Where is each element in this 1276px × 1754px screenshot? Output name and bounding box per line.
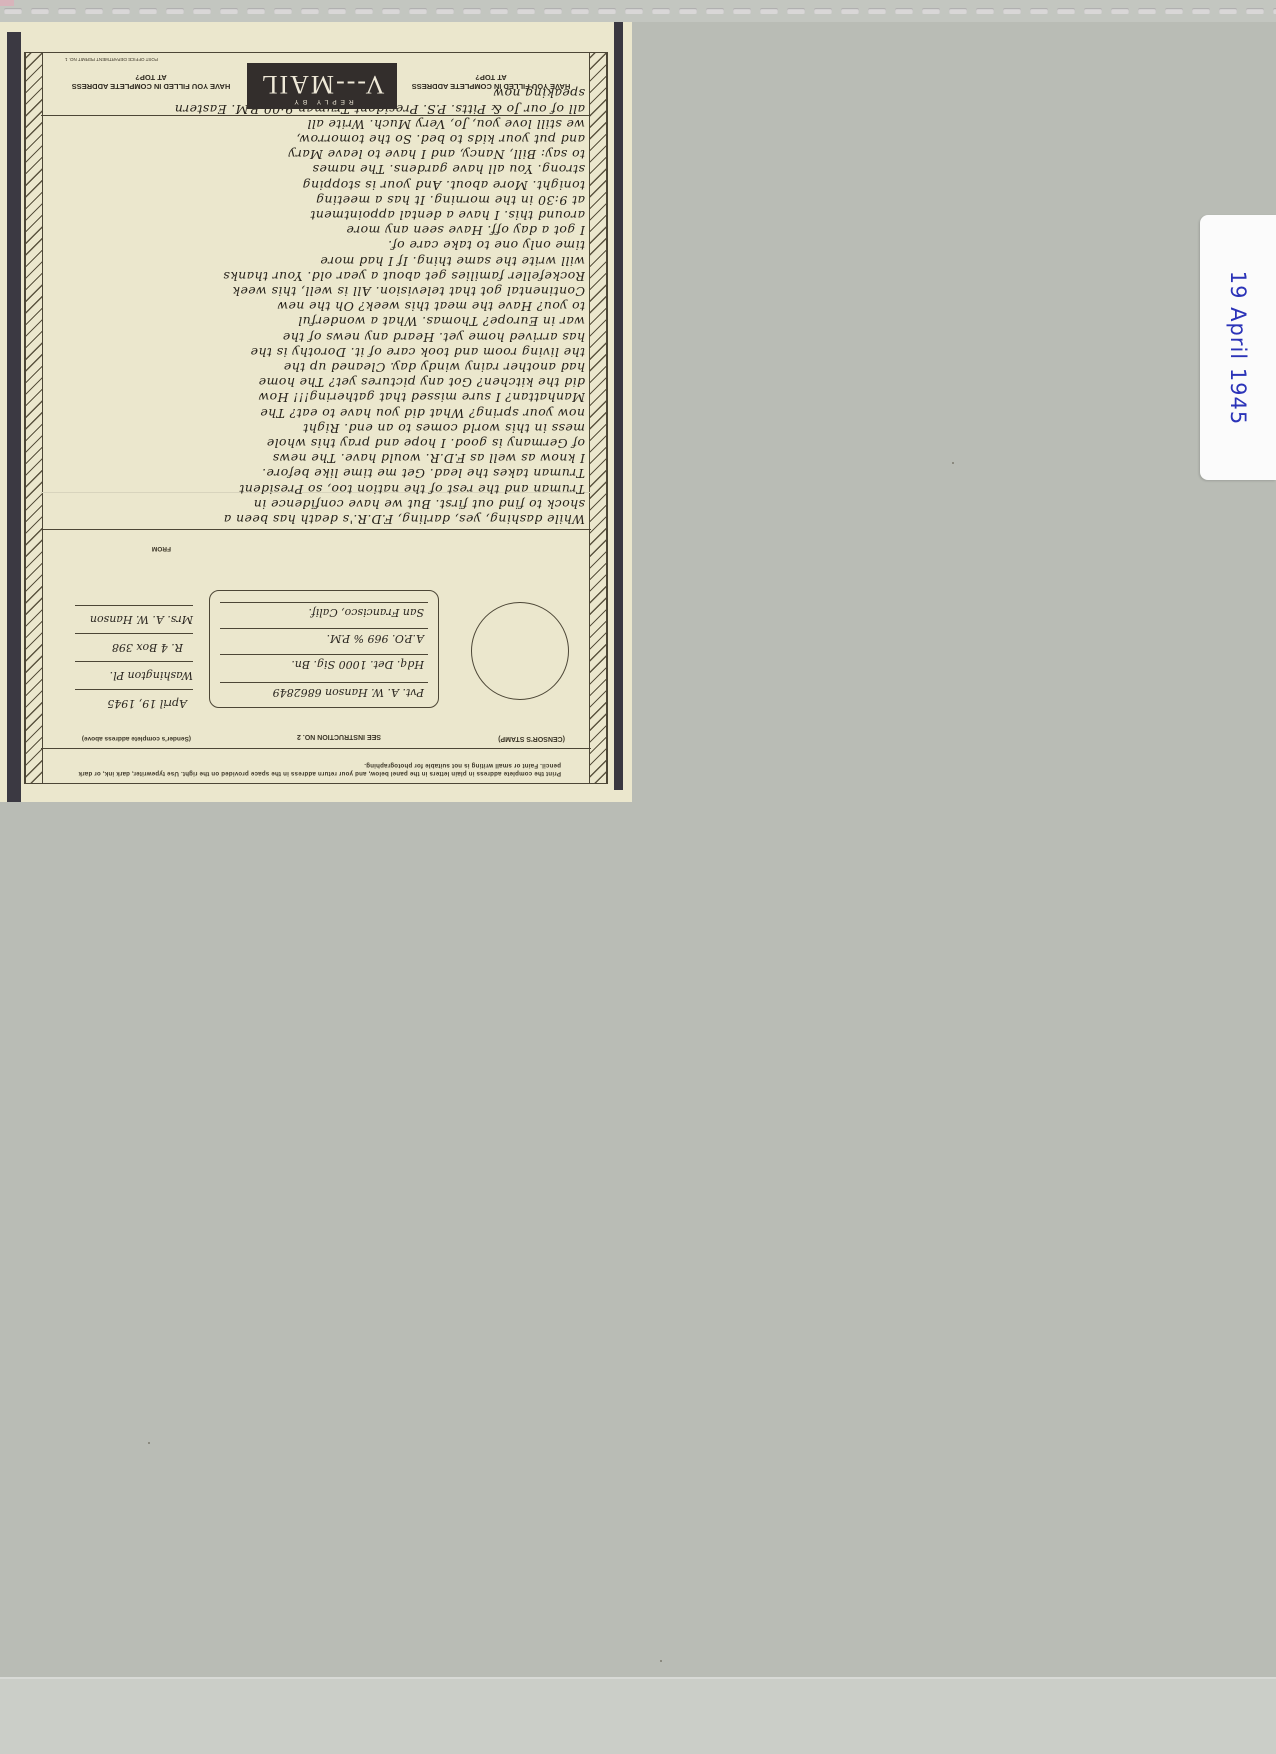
binder-hole [706,8,724,14]
binder-hole [895,8,913,14]
from-address-line-2: R. 4 Box 398 [112,641,183,654]
binder-hole [409,8,427,14]
binder-hole [1138,8,1156,14]
binder-hole [1030,8,1048,14]
binder-hole [85,8,103,14]
binder-hole [976,8,994,14]
binder-hole [328,8,346,14]
from-address-line-4: April 19, 1945 [107,697,187,710]
date-label-tab: 19 April 1945 [1200,215,1276,480]
to-address-line-4: San Francisco, Calif. [309,606,425,619]
to-address-line-1: Pvt. A. W. Hanson 6862849 [273,686,424,699]
binder-hole [760,8,778,14]
vmail-sheet-rotated: Print the complete address in plain lett… [0,22,632,802]
binder-hole [652,8,670,14]
binder-holes-strip [0,0,1276,22]
to-address-line-2: Hdq. Det. 1000 Sig. Bn. [291,658,424,671]
binder-hole [625,8,643,14]
binder-hole [1003,8,1021,14]
vmail-header-band: HAVE YOU FILLED IN COMPLETE ADDRESS AT T… [41,53,591,116]
binder-hole [1246,8,1264,14]
binder-hole [166,8,184,14]
binder-hole [814,8,832,14]
binder-hole [247,8,265,14]
binder-hole [490,8,508,14]
sender-address-note: (Sender's complete address above) [82,735,191,742]
censor-stamp-label: (CENSOR'S STAMP) [498,735,565,742]
binder-hole [382,8,400,14]
binder-hole [841,8,859,14]
address-check-left: HAVE YOU FILLED IN COMPLETE ADDRESS AT T… [411,73,571,91]
binder-hole [193,8,211,14]
binder-hole [949,8,967,14]
censor-stamp-circle [471,602,569,700]
binder-hole [922,8,940,14]
binder-hole [112,8,130,14]
vmail-logo-badge: REPLY BY V---MAIL [247,63,397,109]
sheet-edge-shadow-right [7,32,21,802]
binder-hole [58,8,76,14]
date-label-text: 19 April 1945 [1226,270,1250,425]
scan-dust-speck [148,1442,150,1444]
binder-hole [544,8,562,14]
binder-hole [571,8,589,14]
permit-notice: POST OFFICE DEPARTMENT PERMIT NO. 1 [65,57,158,62]
letter-body: While dashing, yes, darling, F.D.R.'s de… [47,117,585,527]
binder-hole [1219,8,1237,14]
binder-hole [301,8,319,14]
binder-hole [274,8,292,14]
binder-hole [733,8,751,14]
vmail-letter-scan: Print the complete address in plain lett… [0,22,632,802]
binder-hole [139,8,157,14]
binder-hole [679,8,697,14]
scan-dust-speck [952,462,954,464]
binder-hole [868,8,886,14]
binder-hole [1192,8,1210,14]
from-address-line-1: Mrs. A. W. Hanson [90,613,193,626]
address-panel: (CENSOR'S STAMP) Pvt. A. W. Hanson 68628… [41,529,591,749]
hatched-margin-left [589,53,607,783]
from-address-line-3: Washington Pl. [110,669,193,682]
recipient-address-box: Pvt. A. W. Hanson 6862849 Hdq. Det. 1000… [209,590,439,708]
binder-hole [436,8,454,14]
address-check-right: HAVE YOU FILLED IN COMPLETE ADDRESS AT T… [71,73,231,91]
binder-hole [1084,8,1102,14]
address-instructions: Print the complete address in plain lett… [41,749,591,777]
to-address-line-3: A.P.O. 969 % P.M. [327,632,424,645]
vmail-form: Print the complete address in plain lett… [24,52,608,784]
binder-hole [1165,8,1183,14]
scan-dust-speck [660,1660,662,1662]
binder-hole [31,8,49,14]
binder-hole [463,8,481,14]
binder-hole [1111,8,1129,14]
sender-address-lines: Mrs. A. W. Hanson R. 4 Box 398 Washingto… [75,582,193,712]
from-label: FROM [152,545,171,552]
scan-color-mark [0,0,14,6]
reply-by-label: REPLY BY [247,98,397,109]
sheet-edge-shadow-left [614,22,623,790]
binder-hole [787,8,805,14]
binder-hole [598,8,616,14]
scanner-bed-edge [0,1677,1276,1754]
vmail-title: V---MAIL [247,70,397,98]
binder-hole [4,8,22,14]
see-instruction-label: SEE INSTRUCTION NO. 2 [297,733,381,740]
binder-hole [1057,8,1075,14]
binder-hole [220,8,238,14]
binder-hole [355,8,373,14]
binder-hole [517,8,535,14]
